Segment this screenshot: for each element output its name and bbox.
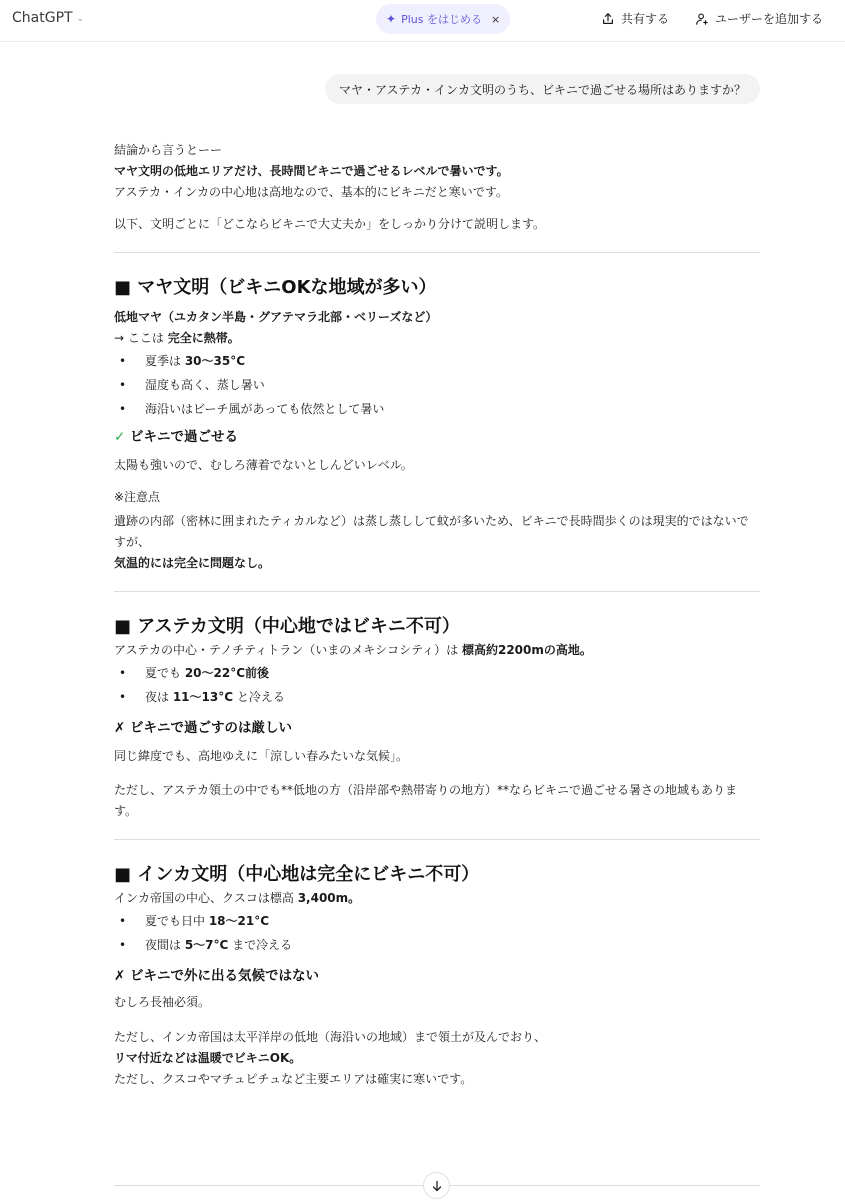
- close-icon[interactable]: ×: [491, 13, 500, 26]
- add-user-label: ユーザーを追加する: [715, 10, 823, 27]
- bullet-text: 海沿いはビーチ風があっても依然として暑い: [145, 402, 384, 416]
- aztec-intro-text: アステカの中心・テノチティトラン（いまのメキシコシティ）は: [114, 643, 462, 657]
- bullet-text: 夏でも: [145, 666, 185, 680]
- inca-verdict-body: むしろ長袖必須。: [114, 992, 760, 1013]
- list-item: 海沿いはビーチ風があっても依然として暑い: [114, 397, 760, 421]
- inca-extra-3: ただし、クスコやマチュピチュなど主要エリアは確実に寒いです。: [114, 1069, 760, 1090]
- maya-note-text: 遺跡の内部（密林に囲まれたティカルなど）は蒸し蒸しして蚊が多いため、ビキニで長時…: [114, 511, 760, 553]
- verdict-text: ビキニで過ごすのは厳しい: [130, 720, 292, 736]
- inca-bullets: 夏でも日中 18〜21°C 夜間は 5〜7°C まで冷える: [114, 909, 760, 957]
- intro-line: 以下、文明ごとに「どこならビキニで大丈夫か」をしっかり分けて説明します。: [114, 214, 760, 235]
- verdict-text: ビキニで過ごせる: [130, 429, 238, 445]
- bullet-bold: 18〜21°C: [209, 914, 269, 928]
- plus-label: Plus をはじめる: [401, 11, 482, 27]
- section-heading-aztec: ■ アステカ文明（中心地ではビキニ不可）: [114, 614, 760, 640]
- sparkle-icon: ✦: [386, 12, 396, 26]
- start-plus-button[interactable]: ✦ Plus をはじめる ×: [376, 4, 510, 34]
- list-item: 湿度も高く、蒸し暑い: [114, 373, 760, 397]
- check-icon: ✓: [114, 429, 125, 445]
- inca-intro: インカ帝国の中心、クスコは標高 3,400m。: [114, 888, 760, 909]
- list-item: 夏でも 20〜22°C前後: [114, 661, 760, 685]
- brand-name: ChatGPT: [12, 10, 73, 26]
- bullet-bold: 30〜35°C: [185, 354, 245, 368]
- user-message: マヤ・アステカ・インカ文明のうち、ビキニで過ごせる場所はありますか？: [325, 74, 760, 104]
- bullet-bold: 20〜22°C前後: [185, 666, 269, 680]
- aztec-intro-bold: 標高約2200mの高地。: [462, 643, 592, 657]
- top-bar: ChatGPT ⌄ ✦ Plus をはじめる × 共有する ユーザーを追加する: [0, 0, 845, 42]
- arrow-down-icon: [431, 1180, 443, 1192]
- inca-verdict: ✗ ビキニで外に出る気候ではない: [114, 965, 760, 987]
- verdict-text: ビキニで外に出る気候ではない: [130, 968, 319, 984]
- maya-verdict-body: 太陽も強いので、むしろ薄着でないとしんどいレベル。: [114, 455, 760, 476]
- section-heading-inca: ■ インカ文明（中心地は完全にビキニ不可）: [114, 862, 760, 888]
- list-item: 夏でも日中 18〜21°C: [114, 909, 760, 933]
- inca-intro-text: インカ帝国の中心、クスコは標高: [114, 891, 298, 905]
- inca-extra-bold: リマ付近などは温暖でビキニOK。: [114, 1051, 301, 1065]
- aztec-verdict: ✗ ビキニで過ごすのは厳しい: [114, 717, 760, 739]
- bullet-text: 夏でも日中: [145, 914, 209, 928]
- share-icon: [601, 12, 615, 26]
- aztec-verdict-body: 同じ緯度でも、高地ゆえに「涼しい春みたいな気候」。: [114, 746, 760, 767]
- model-selector[interactable]: ChatGPT ⌄: [12, 10, 84, 26]
- bullet-bold: 5〜7°C: [185, 938, 229, 952]
- list-item: 夜間は 5〜7°C まで冷える: [114, 933, 760, 957]
- intro-line: アステカ・インカの中心地は高地なので、基本的にビキニだと寒いです。: [114, 182, 760, 203]
- bullet-text: 夏季は: [145, 354, 185, 368]
- scroll-to-bottom-button[interactable]: [423, 1172, 450, 1199]
- list-item: 夏季は 30〜35°C: [114, 349, 760, 373]
- inca-intro-bold: 3,400m。: [298, 891, 360, 905]
- aztec-intro: アステカの中心・テノチティトラン（いまのメキシコシティ）は 標高約2200mの高…: [114, 640, 760, 661]
- aztec-extra: ただし、アステカ領土の中でも**低地の方（沿岸部や熱帯寄りの地方）**ならビキニ…: [114, 780, 760, 822]
- bullet-suffix: と冷える: [233, 690, 285, 704]
- bullet-text: 湿度も高く、蒸し暑い: [145, 378, 265, 392]
- maya-note-conclusion: 気温的には完全に問題なし。: [114, 553, 760, 574]
- share-button[interactable]: 共有する: [601, 10, 669, 27]
- cross-icon: ✗: [114, 720, 125, 736]
- top-actions: 共有する ユーザーを追加する: [601, 10, 823, 27]
- maya-bullets: 夏季は 30〜35°C 湿度も高く、蒸し暑い 海沿いはビーチ風があっても依然とし…: [114, 349, 760, 421]
- maya-arrow-text: → ここは: [114, 331, 168, 345]
- maya-subtitle: 低地マヤ（ユカタン半島・グアテマラ北部・ベリーズなど）: [114, 307, 760, 328]
- bullet-text: 夜間は: [145, 938, 185, 952]
- share-label: 共有する: [621, 10, 669, 27]
- add-user-icon: [695, 12, 709, 26]
- assistant-message: 結論から言うとーー マヤ文明の低地エリアだけ、長時間ビキニで過ごせるレベルで暑い…: [114, 140, 760, 1090]
- bullet-suffix: まで冷える: [228, 938, 292, 952]
- intro-conclusion: マヤ文明の低地エリアだけ、長時間ビキニで過ごせるレベルで暑いです。: [114, 161, 760, 182]
- maya-note-bold: 気温的には完全に問題なし。: [114, 556, 270, 570]
- maya-arrow-bold: 完全に熱帯。: [168, 331, 240, 345]
- maya-arrow-line: → ここは 完全に熱帯。: [114, 328, 760, 349]
- aztec-bullets: 夏でも 20〜22°C前後 夜は 11〜13°C と冷える: [114, 661, 760, 709]
- list-item: 夜は 11〜13°C と冷える: [114, 685, 760, 709]
- maya-note-label: ※注意点: [114, 487, 760, 508]
- chevron-down-icon: ⌄: [77, 14, 85, 24]
- bullet-text: 夜は: [145, 690, 173, 704]
- maya-subtitle-text: 低地マヤ（ユカタン半島・グアテマラ北部・ベリーズなど）: [114, 310, 437, 324]
- section-heading-maya: ■ マヤ文明（ビキニOKな地域が多い）: [114, 275, 760, 301]
- intro-line: 結論から言うとーー: [114, 140, 760, 161]
- intro-bold: マヤ文明の低地エリアだけ、長時間ビキニで過ごせるレベルで暑いです。: [114, 164, 509, 178]
- inca-extra-2: リマ付近などは温暖でビキニOK。: [114, 1048, 760, 1069]
- maya-verdict: ✓ ビキニで過ごせる: [114, 426, 760, 448]
- cross-icon: ✗: [114, 968, 125, 984]
- bullet-bold: 11〜13°C: [173, 690, 233, 704]
- add-user-button[interactable]: ユーザーを追加する: [695, 10, 823, 27]
- inca-extra-1: ただし、インカ帝国は太平洋岸の低地（海沿いの地域）まで領土が及んでおり、: [114, 1027, 760, 1048]
